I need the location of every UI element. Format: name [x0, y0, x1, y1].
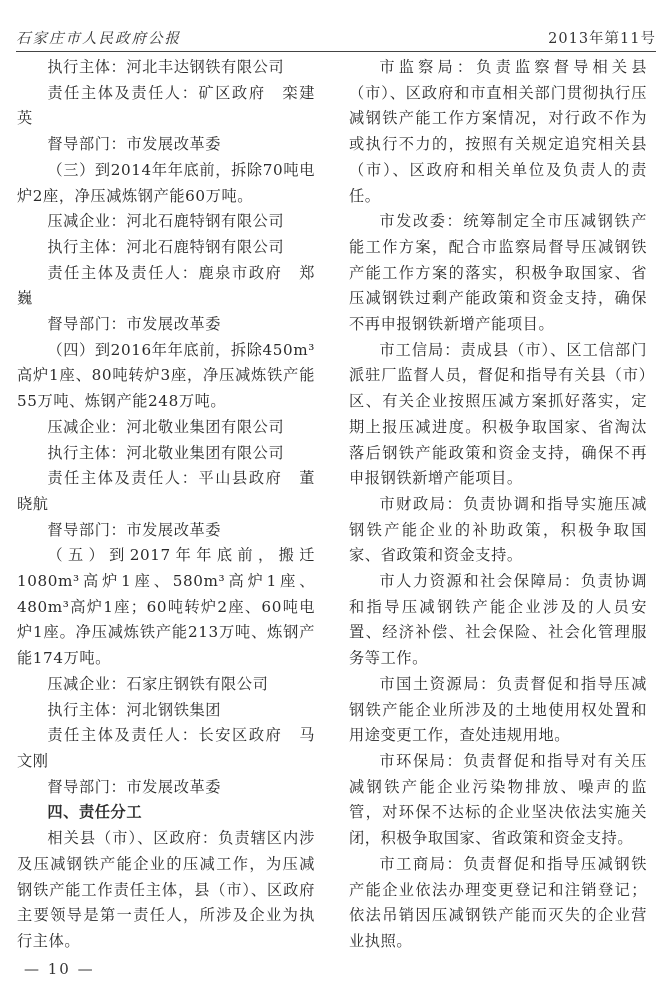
paragraph: 市财政局：负责协调和指导实施压减钢铁产能企业的补助政策，积极争取国家、省政策和资…: [349, 492, 647, 569]
paragraph: 责任主体及责任人：长安区政府 马文刚: [17, 723, 315, 774]
paragraph: 督导部门：市发展改革委: [17, 312, 315, 338]
paragraph: 相关县（市）、区政府：负责辖区内涉及压减钢铁产能企业的压减工作，为压减钢铁产能工…: [17, 826, 315, 955]
paragraph: 市环保局：负责督促和指导对有关压减钢铁产能企业污染物排放、噪声的监管，对环保不达…: [349, 749, 647, 852]
paragraph: 执行主体：河北丰达钢铁有限公司: [17, 55, 315, 81]
right-column: 市监察局：负责监察督导相关县（市）、区政府和市直相关部门贯彻执行压减钢铁产能工作…: [349, 55, 647, 955]
paragraph: 压减企业：河北敬业集团有限公司: [17, 415, 315, 441]
paragraph: 执行主体：河北钢铁集团: [17, 698, 315, 724]
publication-title: 石家庄市人民政府公报: [16, 27, 181, 48]
paragraph: 市发改委：统筹制定全市压减钢铁产能工作方案，配合市监察局督导压减钢铁产能工作方案…: [349, 209, 647, 338]
paragraph: 督导部门：市发展改革委: [17, 518, 315, 544]
paragraph: （五）到2017年年底前，搬迁1080m³高炉1座、580m³高炉1座、480m…: [17, 543, 315, 672]
paragraph: 市工信局：责成县（市）、区工信部门派驻厂监督人员，督促和指导有关县（市）区、有关…: [349, 338, 647, 492]
page-header: 石家庄市人民政府公报 2013年第11号: [16, 22, 656, 52]
paragraph: 督导部门：市发展改革委: [17, 775, 315, 801]
left-column: 执行主体：河北丰达钢铁有限公司 责任主体及责任人：矿区政府 栾建英 督导部门：市…: [17, 55, 315, 955]
paragraph: 市监察局：负责监察督导相关县（市）、区政府和市直相关部门贯彻执行压减钢铁产能工作…: [349, 55, 647, 209]
paragraph: 责任主体及责任人：矿区政府 栾建英: [17, 81, 315, 132]
paragraph: 责任主体及责任人：鹿泉市政府 郑巍: [17, 261, 315, 312]
paragraph: （三）到2014年年底前，拆除70吨电炉2座，净压减炼钢产能60万吨。: [17, 158, 315, 209]
paragraph: 压减企业：河北石鹿特钢有限公司: [17, 209, 315, 235]
issue-number: 2013年第11号: [548, 27, 656, 48]
paragraph: 市工商局：负责督促和指导压减钢铁产能企业依法办理变更登记和注销登记；依法吊销因压…: [349, 852, 647, 955]
paragraph: （四）到2016年年底前，拆除450m³高炉1座、80吨转炉3座，净压减炼铁产能…: [17, 338, 315, 415]
paragraph: 督导部门：市发展改革委: [17, 132, 315, 158]
paragraph: 执行主体：河北敬业集团有限公司: [17, 441, 315, 467]
paragraph: 市人力资源和社会保障局：负责协调和指导压减钢铁产能企业涉及的人员安置、经济补偿、…: [349, 569, 647, 672]
paragraph: 压减企业：石家庄钢铁有限公司: [17, 672, 315, 698]
section-heading: 四、责任分工: [17, 800, 315, 826]
paragraph: 市国土资源局：负责督促和指导压减钢铁产能企业所涉及的土地使用权处置和用途变更工作…: [349, 672, 647, 749]
page-number: — 10 —: [24, 960, 95, 978]
paragraph: 责任主体及责任人：平山县政府 董晓航: [17, 466, 315, 517]
paragraph: 执行主体：河北石鹿特钢有限公司: [17, 235, 315, 261]
